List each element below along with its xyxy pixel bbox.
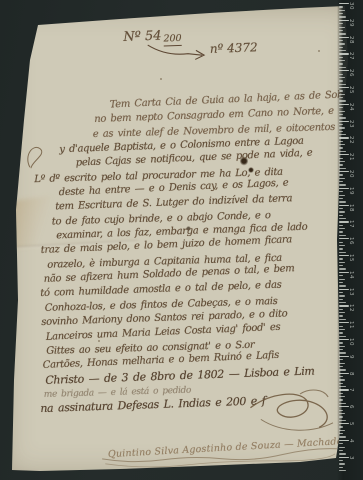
ruler-tick [339,265,343,266]
ruler-tick [339,33,346,34]
ruler-number: 6 [348,405,354,409]
ruler-tick [339,50,346,51]
ruler-tick [339,10,345,11]
ruler-tick [339,111,345,112]
ruler-number: 21 [348,153,354,161]
ruler-tick [339,90,343,91]
ruler-tick [339,342,343,343]
photograph-of-manuscript: Nº 54 200 nº 4372 Tem Carta Cia de Guia … [0,0,363,480]
ruler-number: 18 [348,204,354,212]
ruler-tick [339,161,345,162]
ruler-number: 10 [348,338,354,346]
ruler-tick [339,124,343,125]
ruler-tick [339,97,343,98]
manuscript-paper: Nº 54 200 nº 4372 Tem Carta Cia de Guia … [0,0,363,480]
ruler-tick [339,30,343,31]
ruler-tick [339,436,346,437]
ruler-tick [339,191,343,192]
ruler-tick [339,376,343,377]
ruler-tick [339,195,345,196]
ruler-tick [339,63,343,64]
ruler-tick [339,383,343,384]
ruler-tick [339,235,346,236]
ruler-tick [339,67,346,68]
ruler-tick [339,231,343,232]
ruler-tick [339,208,343,209]
ruler-tick [339,295,345,296]
ruler-tick [339,326,343,327]
ruler-number: 24 [348,103,354,111]
ruler-tick [339,279,345,280]
signature-rubric-flourish [240,386,352,442]
ruler-tick [339,393,343,394]
ruler-tick [339,379,345,380]
ruler-number: 15 [348,254,354,262]
ruler-tick [339,302,346,303]
ruler-tick [339,460,343,461]
ruler-tick [339,309,343,310]
ruler-number: 28 [348,36,354,44]
ruler-tick [339,151,346,152]
ruler-tick [339,94,345,95]
ruler-number: 23 [348,120,354,128]
ruler-tick [339,80,343,81]
ruler-tick [339,184,346,185]
ruler-tick [339,131,343,132]
ruler-tick [339,285,346,286]
ruler-number: 8 [348,372,354,376]
ruler-tick [339,215,343,216]
ruler-tick [339,450,343,451]
ruler-tick [339,443,343,444]
ruler-tick [339,168,346,169]
ruler-tick [339,114,343,115]
ruler-tick [339,248,343,249]
ruler-number: 17 [348,220,354,228]
ruler-tick [339,211,345,212]
ruler-tick [339,127,345,128]
ruler-tick [339,282,343,283]
ruler-tick [339,319,346,320]
ruler-number: 29 [348,19,354,27]
ruler-tick [339,467,343,468]
ruler-tick [339,218,346,219]
ruler-tick [339,359,343,360]
ruler-tick [339,332,343,333]
ruler-tick [339,40,343,41]
ruler-tick [339,396,345,397]
ruler-number: 25 [348,86,354,94]
ruler-tick [339,470,346,471]
ruler-number: 16 [348,237,354,245]
ruler-number: 26 [348,69,354,77]
ruler-tick [339,43,345,44]
ruler-tick [339,363,345,364]
ruler-number: 19 [348,187,354,195]
ruler-tick [339,315,343,316]
ruler-number: 11 [348,321,354,329]
ruler-tick [339,245,345,246]
ruler-tick [339,134,346,135]
ruler-tick [339,399,343,400]
ruler-tick [339,164,343,165]
ruler-tick [339,60,345,61]
ruler-tick [339,107,343,108]
ruler-tick [339,312,345,313]
ruler-tick [339,13,343,14]
ruler-tick [339,258,343,259]
ruler-tick [339,346,345,347]
ruler-tick [339,144,345,145]
ruler-tick [339,84,346,85]
ruler-tick [339,228,345,229]
ruler-tick [339,77,345,78]
ruler-tick [339,410,343,411]
ruler-tick [339,117,346,118]
ruler-tick [339,369,346,370]
ruler-tick [339,447,345,448]
ruler-tick [339,158,343,159]
ruler-number: 7 [348,388,354,392]
ruler-tick [339,6,343,7]
ruler-tick [339,16,346,17]
ruler-tick [339,366,343,367]
ruler-tick [339,420,346,421]
ruler-tick [339,225,343,226]
ruler-tick [339,147,343,148]
ruler-tick [339,201,346,202]
ruler-tick [339,463,345,464]
ruler-tick [339,141,343,142]
ruler-number: 12 [348,304,354,312]
ruler-tick [339,349,343,350]
ruler-tick [339,433,343,434]
ruler-tick [339,57,343,58]
ruler-tick [339,292,343,293]
measurement-ruler: 3029282726252423222120191817161514131211… [337,0,363,480]
header-arrow-flourish [146,39,221,66]
ruler-tick [339,23,343,24]
ruler-number: 22 [348,136,354,144]
ruler-tick [339,27,345,28]
ruler-tick [339,352,346,353]
ruler-tick [339,252,346,253]
ruler-tick [339,262,345,263]
ruler-tick [339,299,343,300]
manuscript-body-text: Tem Carta Cia de Guia ao la haja, e as d… [30,90,363,417]
ruler-tick [339,416,343,417]
ruler-tick [339,242,343,243]
ruler-tick [339,386,346,387]
ruler-number: 3 [348,456,354,460]
ruler-tick [339,100,346,101]
ruler-number: 27 [348,52,354,60]
handwritten-ink-layer: Nº 54 200 nº 4372 Tem Carta Cia de Guia … [0,0,363,480]
ruler-tick [339,74,343,75]
ruler-tick [339,268,346,269]
ruler-number: 20 [348,170,354,178]
ruler-number: 4 [348,439,354,443]
ruler-tick [339,430,345,431]
ruler-tick [339,426,343,427]
ruler-tick [339,329,345,330]
ruler-tick [339,198,343,199]
ruler-number: 5 [348,422,354,426]
ruler-number: 30 [348,2,354,10]
ruler-tick [339,178,345,179]
ruler-tick [339,275,343,276]
ruler-tick [339,174,343,175]
ruler-tick [339,181,343,182]
ruler-number: 14 [348,271,354,279]
ruler-tick [339,336,346,337]
ruler-number: 13 [348,288,354,296]
ruler-tick [339,47,343,48]
ruler-tick [339,413,345,414]
ruler-tick [339,453,346,454]
ruler-number: 9 [348,355,354,359]
ruler-tick [339,403,346,404]
